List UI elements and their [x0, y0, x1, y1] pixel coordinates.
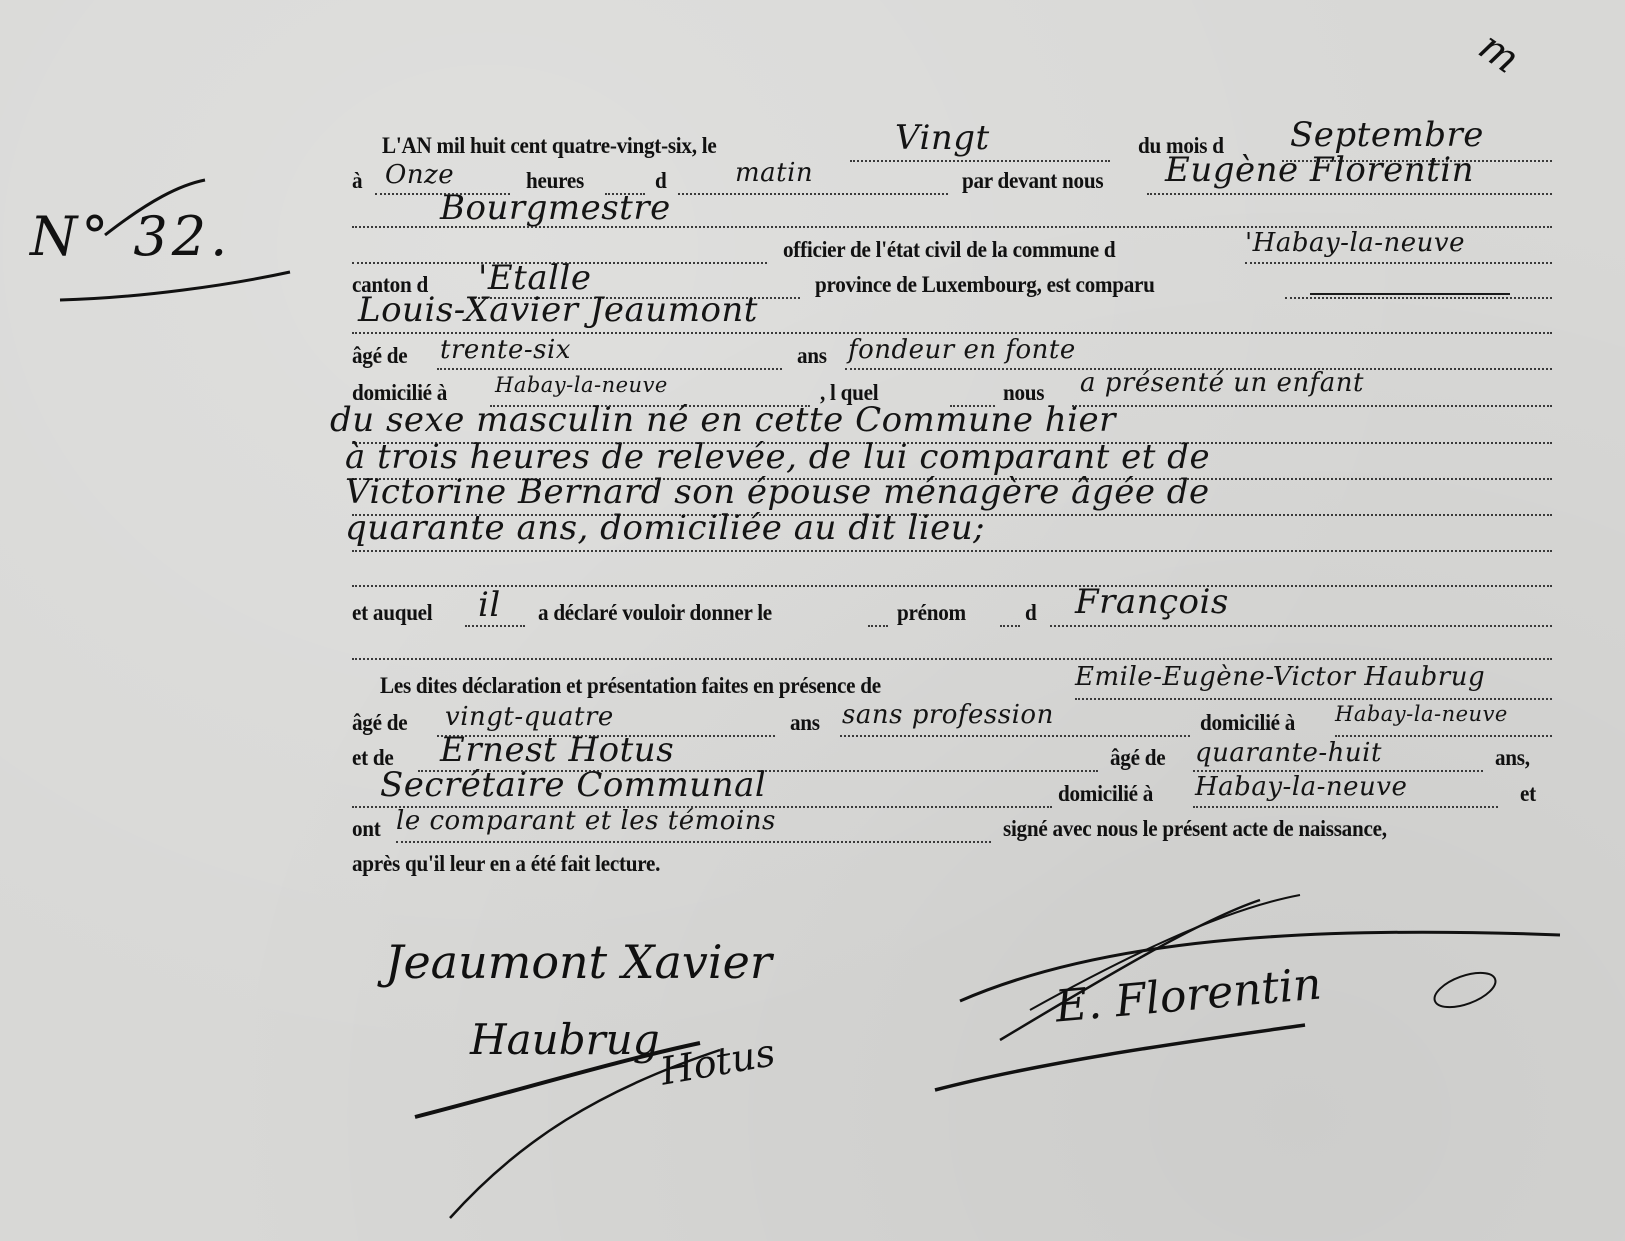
corner-mark: m: [1470, 23, 1527, 82]
entry-mother: Victorine Bernard son épouse ménagère âg…: [345, 472, 1210, 512]
fill-line: [352, 658, 1552, 660]
entry-declarant-age: trente-six: [440, 335, 571, 365]
form-text: après qu'il leur en a été fait lecture.: [352, 851, 660, 877]
entry-birth-time: à trois heures de relevée, de lui compar…: [345, 437, 1210, 477]
entry-officer-name: Eugène Florentin: [1165, 150, 1474, 190]
form-text: ans: [790, 710, 820, 736]
form-text: province de Luxembourg, est comparu: [815, 272, 1155, 298]
form-text: Les dites déclaration et présentation fa…: [380, 673, 881, 699]
fill-line: [396, 841, 991, 843]
entry-commune: 'Habay-la-neuve: [1245, 228, 1465, 258]
fill-line: [1072, 405, 1552, 407]
fill-line: [352, 585, 1552, 587]
signature-officer: E. Florentin: [1053, 958, 1323, 1032]
entry-mother-domicile: quarante ans, domiciliée au dit lieu;: [345, 508, 985, 548]
entry-hour: Onze: [385, 160, 454, 190]
fill-line: [1285, 297, 1552, 299]
entry-officer-title: Bourgmestre: [440, 188, 671, 228]
entry-witness2-age: quarante-huit: [1195, 738, 1382, 768]
act-number: N° 32.: [30, 205, 231, 268]
entry-presentation: a présenté un enfant: [1080, 368, 1364, 398]
form-text: à: [352, 168, 362, 194]
entry-witness2-profession: Secrétaire Communal: [380, 765, 766, 805]
fill-line: [1245, 262, 1552, 264]
form-text: par devant nous: [962, 168, 1103, 194]
form-text: ont: [352, 816, 381, 842]
form-text: a déclaré vouloir donner le: [538, 600, 772, 626]
entry-signers: le comparant et les témoins: [396, 806, 776, 836]
form-text: âgé de: [352, 710, 407, 736]
signature-witness2: Hotus: [657, 1030, 778, 1093]
form-text: d: [1025, 600, 1037, 626]
entry-witness1-name: Emile-Eugène-Victor Haubrug: [1075, 662, 1485, 692]
fill-line: [1335, 735, 1552, 737]
entry-child-sex: du sexe masculin né en cette Commune hie…: [330, 400, 1116, 440]
fill-line: [1147, 193, 1552, 195]
form-text: âgé de: [352, 343, 407, 369]
form-text: domicilié à: [1058, 781, 1153, 807]
signature-declarant: Jeaumont Xavier: [385, 935, 772, 989]
form-text: officier de l'état civil de la commune d: [783, 237, 1115, 263]
fill-line: [840, 735, 1190, 737]
birth-certificate-page: N° 32. m L'AN mil huit cent quatre-vingt…: [0, 0, 1625, 1241]
entry-period: matin: [735, 158, 813, 188]
form-text: et: [1520, 781, 1536, 807]
entry-witness2-name: Ernest Hotus: [440, 730, 674, 770]
fill-line: [352, 332, 1552, 334]
entry-declarant-domicile: Habay-la-neuve: [495, 373, 668, 397]
entry-witness2-domicile: Habay-la-neuve: [1195, 772, 1407, 802]
entry-declarant-name: Louis-Xavier Jeaumont: [358, 290, 758, 330]
form-text: domicilié à: [1200, 710, 1295, 736]
form-text: ans,: [1495, 745, 1530, 771]
fill-line: [850, 160, 1110, 162]
form-text: ans: [797, 343, 827, 369]
entry-day: Vingt: [895, 118, 990, 158]
fill-line: [437, 368, 782, 370]
fill-line: [465, 625, 525, 627]
entry-declarant-profession: fondeur en fonte: [848, 335, 1076, 365]
entry-witness1-profession: sans profession: [842, 700, 1054, 730]
fill-line: [1193, 806, 1498, 808]
dash-stroke: [1310, 293, 1510, 295]
fill-line: [1000, 625, 1020, 627]
form-text: âgé de: [1110, 745, 1165, 771]
form-text: et auquel: [352, 600, 432, 626]
fill-line: [352, 550, 1552, 552]
form-text: prénom: [897, 600, 966, 626]
entry-pronoun: il: [478, 585, 501, 625]
entry-witness1-domicile: Habay-la-neuve: [1335, 702, 1508, 726]
fill-line: [868, 625, 888, 627]
entry-child-first-name: François: [1075, 582, 1229, 622]
fill-line: [1050, 625, 1552, 627]
form-text: signé avec nous le présent acte de naiss…: [1003, 816, 1387, 842]
entry-month: Septembre: [1290, 115, 1484, 155]
entry-witness1-age: vingt-quatre: [445, 702, 614, 732]
form-text: L'AN mil huit cent quatre-vingt-six, le: [382, 133, 716, 159]
fill-line: [1075, 698, 1552, 700]
signature-witness1: Haubrug: [470, 1015, 660, 1064]
fill-line: [678, 193, 948, 195]
